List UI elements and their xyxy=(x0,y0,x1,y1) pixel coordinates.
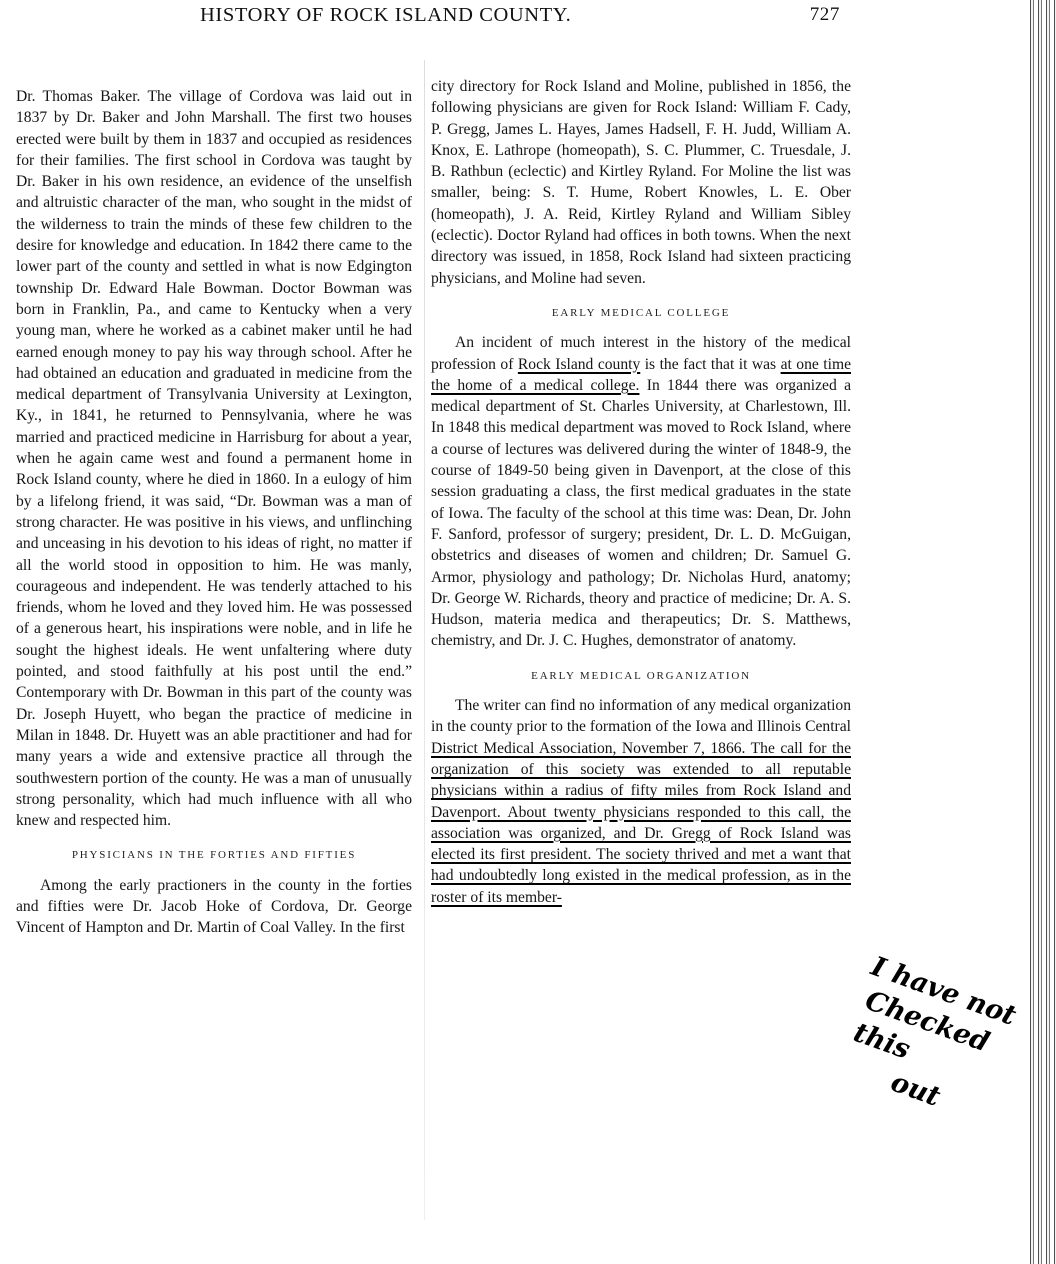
right-column: city directory for Rock Island and Molin… xyxy=(431,76,851,908)
section-heading-forties-fifties: PHYSICIANS IN THE FORTIES AND FIFTIES xyxy=(16,845,412,866)
directory-paragraph: city directory for Rock Island and Molin… xyxy=(431,76,851,289)
underlined-phrase: Rock Island county xyxy=(518,356,640,373)
college-text: In 1844 there was organized a medical de… xyxy=(431,377,851,650)
bowman-paragraph: Dr. Thomas Baker. The village of Cordova… xyxy=(16,86,412,831)
section-heading-medical-college: EARLY MEDICAL COLLEGE xyxy=(431,303,851,324)
underlined-passage: District Medical Association, November 7… xyxy=(431,740,851,906)
book-binding-edge xyxy=(1028,0,1056,1264)
column-gutter xyxy=(424,60,425,1220)
early-practitioners-paragraph: Among the early practioners in the count… xyxy=(16,875,412,939)
section-heading-medical-organization: EARLY MEDICAL ORGANIZATION xyxy=(431,666,851,687)
medical-college-paragraph: An incident of much interest in the hist… xyxy=(431,332,851,651)
medical-organization-paragraph: The writer can find no information of an… xyxy=(431,695,851,908)
scanned-book-page: HISTORY OF ROCK ISLAND COUNTY. 727 Dr. T… xyxy=(0,0,1056,1264)
page-title: HISTORY OF ROCK ISLAND COUNTY. xyxy=(200,4,571,27)
college-text: is the fact that it was xyxy=(640,356,780,373)
page-number: 727 xyxy=(810,4,840,26)
handwritten-margin-note: I have not Checked this out xyxy=(831,950,1047,1139)
organization-text: The writer can find no information of an… xyxy=(431,697,851,735)
left-column: Dr. Thomas Baker. The village of Cordova… xyxy=(16,86,412,939)
